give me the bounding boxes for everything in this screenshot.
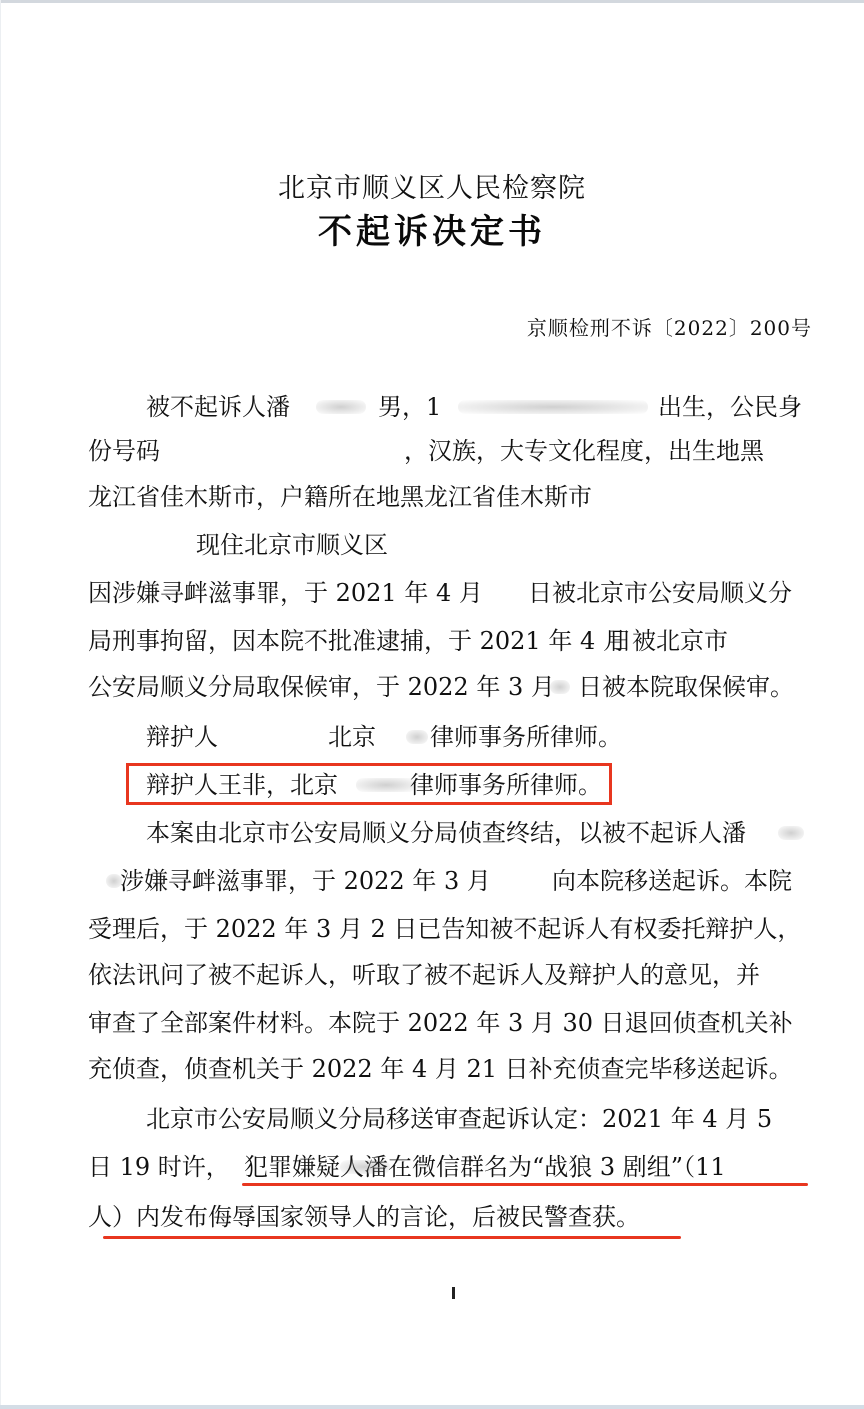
- redaction-blur: [316, 400, 366, 414]
- text-line: 现住北京市顺义区: [88, 530, 812, 560]
- redaction-blur: [406, 730, 428, 744]
- text-line: 因涉嫌寻衅滋事罪，于 2021 年 4 月 日被北京市公安局顺义分: [88, 578, 812, 608]
- text-line: 辩护人 北京 律师事务所律师。: [88, 722, 812, 752]
- text-line: 依法讯问了被不起诉人，听取了被不起诉人及辩护人的意见，并: [88, 960, 812, 990]
- text-line: 涉嫌寻衅滋事罪，于 2022 年 3 月 向本院移送起诉。本院: [88, 866, 812, 896]
- page-number-mark: [452, 1287, 455, 1299]
- text-line: 局刑事拘留，因本院不批准逮捕，于 2021 年 4 月 日被北京市: [88, 626, 812, 656]
- text-line: 日 19 时许， 犯罪嫌疑人潘 在微信群名为“战狼 3 剧组”（11: [88, 1152, 812, 1182]
- scan-edge-top: [0, 0, 864, 3]
- redaction-blur: [778, 826, 804, 840]
- case-number: 京顺检刑不诉〔2022〕200号: [527, 312, 812, 341]
- redaction-blur: [356, 778, 416, 792]
- text-line: 龙江省佳木斯市，户籍所在地黑龙江省佳木斯市: [88, 482, 812, 512]
- document-page: 北京市顺义区人民检察院 不起诉决定书 京顺检刑不诉〔2022〕200号 被不起诉…: [0, 0, 864, 1409]
- text-line: 充侦查，侦查机关于 2022 年 4 月 21 日补充侦查完毕移送起诉。: [88, 1054, 812, 1084]
- text-line: 受理后，于 2022 年 3 月 2 日已告知被不起诉人有权委托辩护人，: [88, 914, 812, 944]
- scan-edge-bottom: [0, 1405, 864, 1409]
- redaction-blur: [550, 680, 570, 694]
- text-line: 被不起诉人潘 男，1 出生，公民身: [88, 392, 812, 422]
- text-line-highlighted: 辩护人王非，北京 律师事务所律师。: [88, 770, 812, 800]
- redaction-blur: [340, 1160, 390, 1174]
- text-line: 本案由北京市公安局顺义分局侦查终结，以被不起诉人潘: [88, 818, 812, 848]
- text-line: 北京市公安局顺义分局移送审查起诉认定：2021 年 4 月 5: [88, 1104, 812, 1134]
- text-line: 份号码 ，汉族，大专文化程度，出生地黑: [88, 436, 812, 466]
- text-line: 人）内发布侮辱国家领导人的言论，后被民警查获。: [88, 1202, 812, 1232]
- document-title: 不起诉决定书: [0, 204, 864, 253]
- red-underline: [103, 1236, 681, 1239]
- text-line: 公安局顺义分局取保候审，于 2022 年 3 月 日被本院取保候审。: [88, 672, 812, 702]
- text-line: 审查了全部案件材料。本院于 2022 年 3 月 30 日退回侦查机关补: [88, 1008, 812, 1038]
- redaction-blur: [458, 400, 648, 414]
- red-underline: [242, 1183, 808, 1186]
- court-name: 北京市顺义区人民检察院: [0, 166, 864, 205]
